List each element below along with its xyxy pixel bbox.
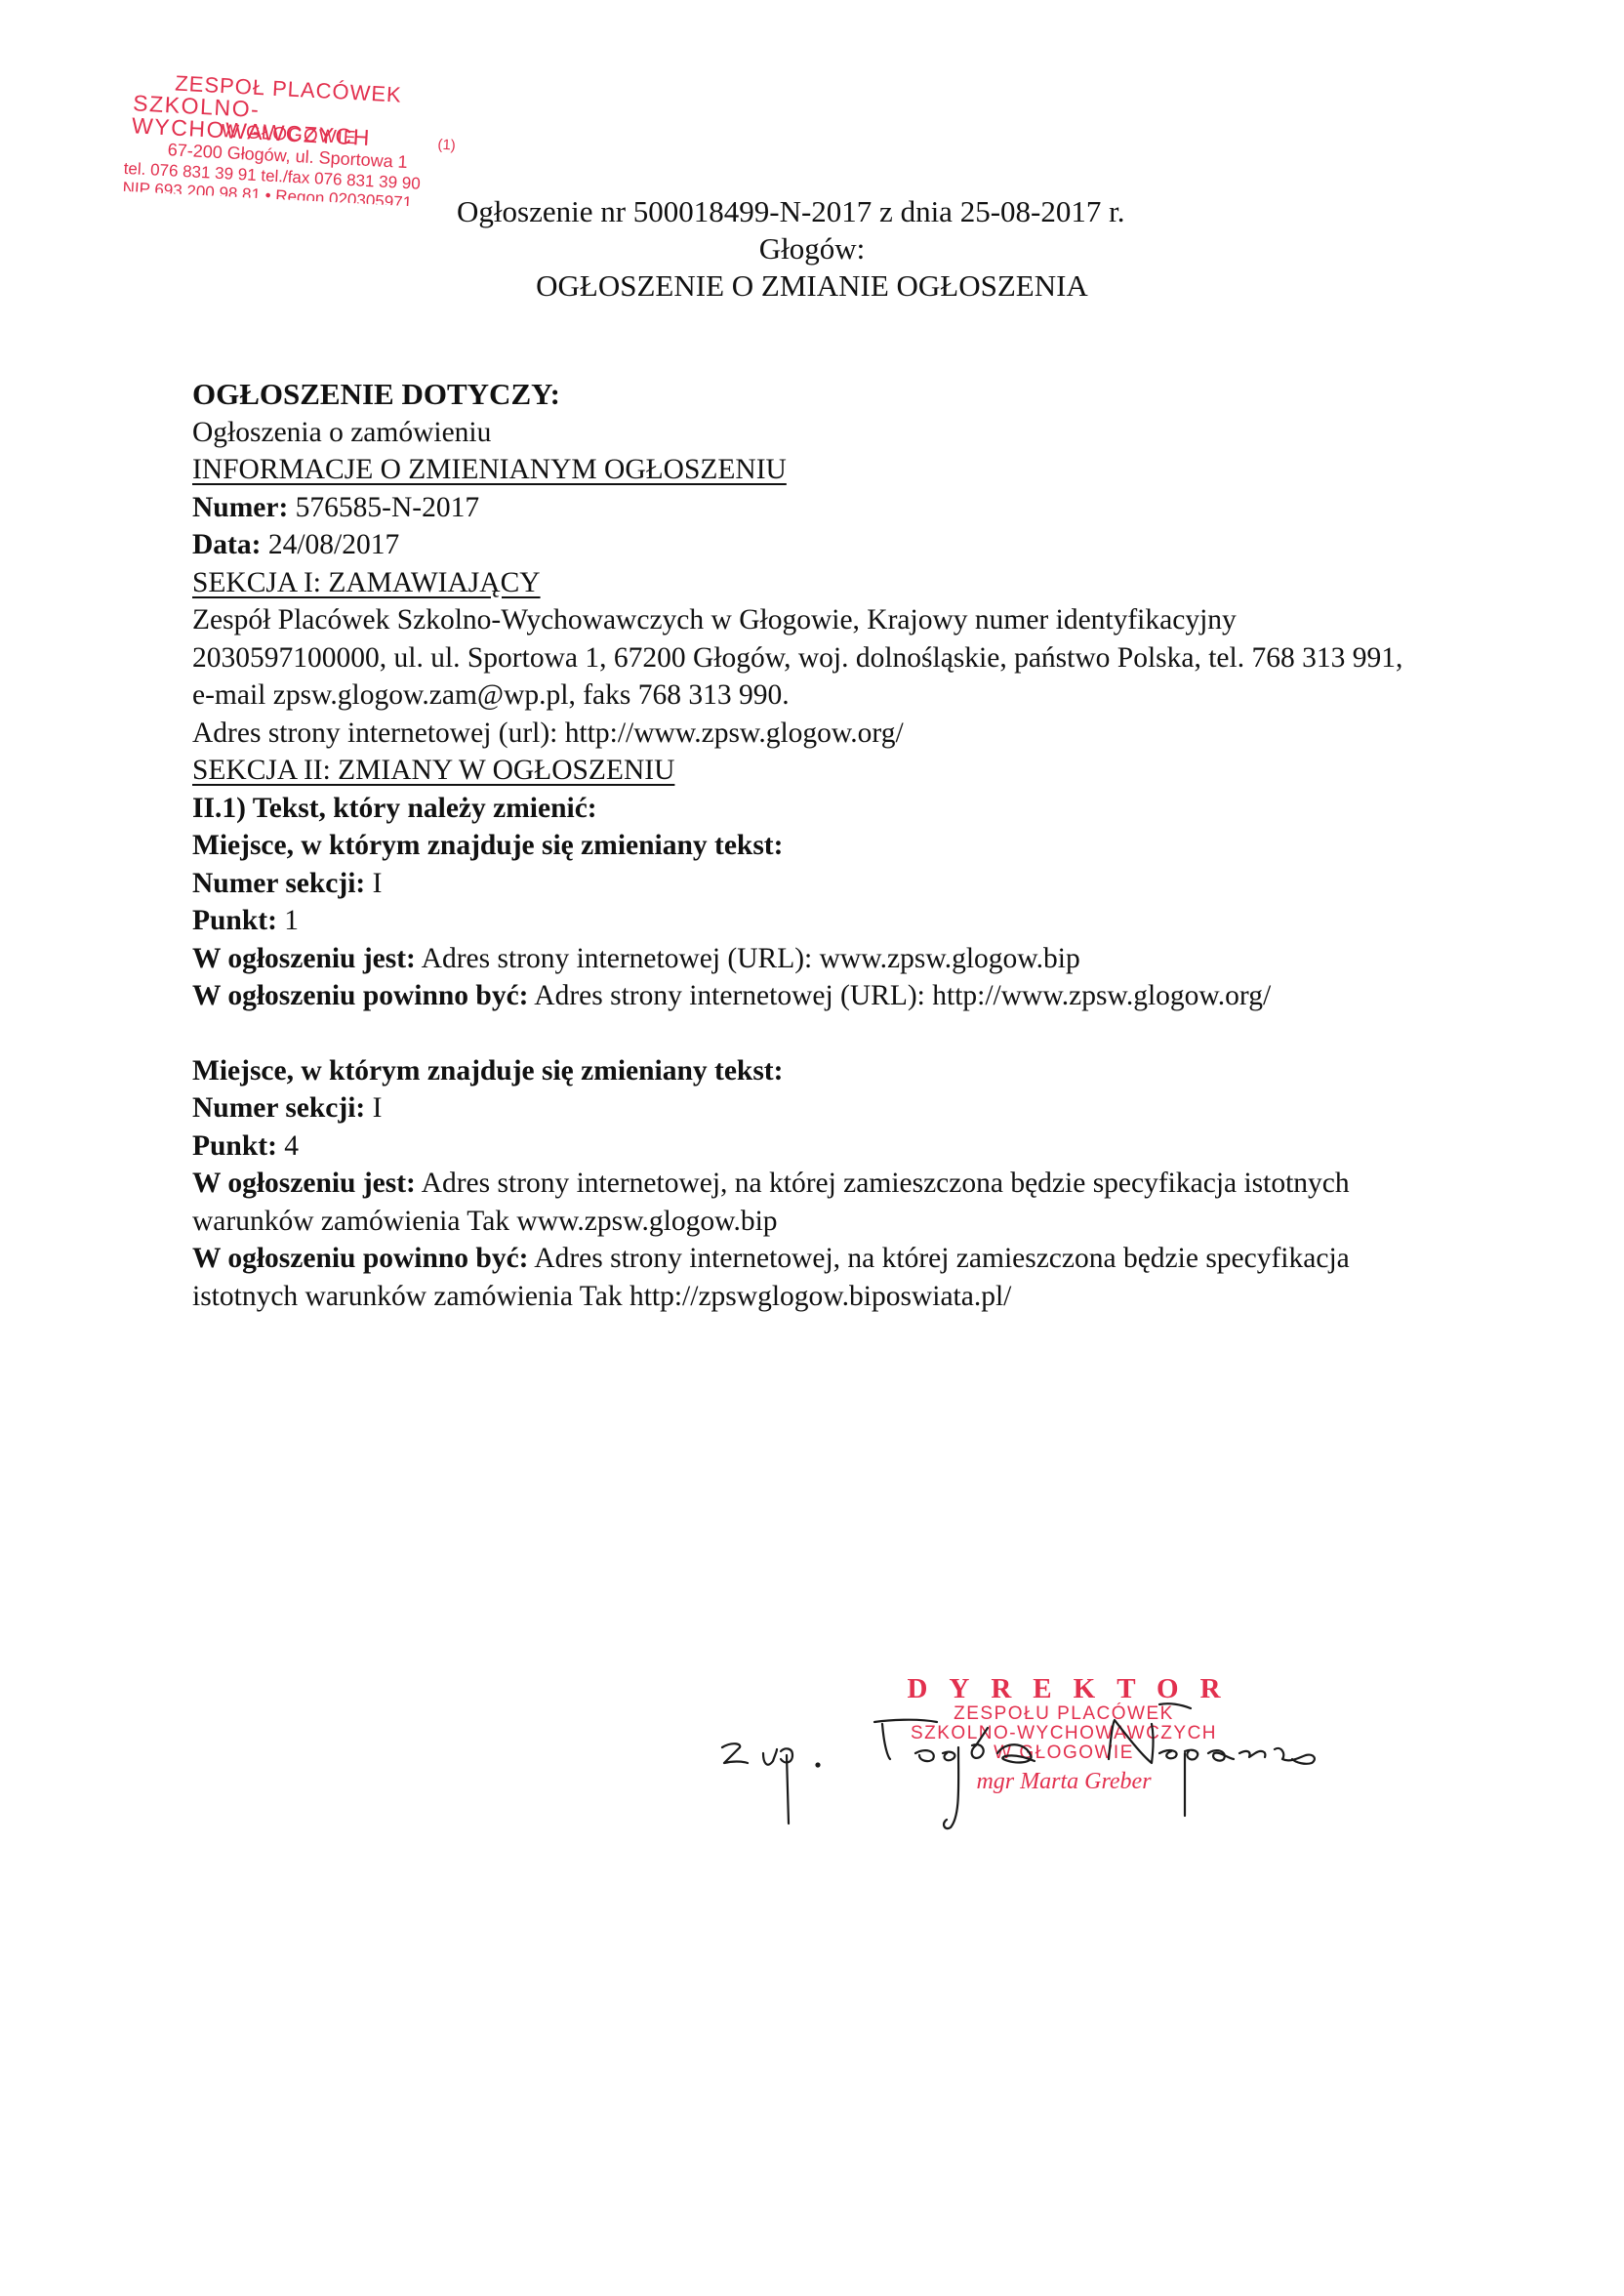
announcement-type: OGŁOSZENIE O ZMIANIE OGŁOSZENIA (0, 267, 1624, 305)
change-is: W ogłoszeniu jest: Adres strony internet… (192, 1165, 1432, 1240)
stamp-line: ZESPOŁU PLACÓWEK (878, 1704, 1249, 1724)
director-stamp: DYREKTOR ZESPOŁU PLACÓWEK SZKOLNO-WYCHOW… (878, 1673, 1249, 1796)
spacer (192, 1015, 1461, 1052)
is-label: W ogłoszeniu jest: (192, 1168, 416, 1199)
should-label: W ogłoszeniu powinno być: (192, 980, 529, 1011)
point-value: 1 (284, 905, 299, 936)
point-value: 4 (284, 1130, 299, 1162)
change-section: Numer sekcji: I (192, 865, 1461, 903)
should-value: Adres strony internetowej (URL): http://… (534, 980, 1271, 1011)
change-block: Miejsce, w którym znajduje się zmieniany… (192, 1052, 1461, 1316)
concerns-value: Ogłoszenia o zamówieniu (192, 414, 1461, 452)
city-text: Głogów: (759, 230, 866, 267)
change-point: Punkt: 1 (192, 902, 1461, 940)
doc-type-text: OGŁOSZENIE O ZMIANIE OGŁOSZENIA (536, 267, 1088, 305)
date-field: Data: 24/08/2017 (192, 526, 1461, 564)
change-place-label: Miejsce, w którym znajduje się zmieniany… (192, 1052, 1461, 1090)
change-should: W ogłoszeniu powinno być: Adres strony i… (192, 1240, 1432, 1315)
date-label: Data: (192, 529, 261, 560)
section2-heading: SEKCJA II: ZMIANY W OGŁOSZENIU (192, 752, 1461, 790)
stamp-line: W GŁOGOWIE (878, 1743, 1249, 1763)
change-point: Punkt: 4 (192, 1127, 1461, 1166)
should-label: W ogłoszeniu powinno być: (192, 1243, 529, 1274)
director-name: mgr Marta Greber (878, 1767, 1249, 1796)
date-value: 24/08/2017 (268, 529, 399, 560)
change-block: Miejsce, w którym znajduje się zmieniany… (192, 827, 1461, 1015)
concerns-heading: OGŁOSZENIE DOTYCZY: (192, 376, 1461, 414)
section1-heading: SEKCJA I: ZAMAWIAJĄCY (192, 564, 1461, 602)
stamp-note: (1) (437, 138, 456, 153)
contracting-authority: Zespół Placówek Szkolno-Wychowawczych w … (192, 601, 1432, 715)
point-label: Punkt: (192, 905, 277, 936)
number-field: Numer: 576585-N-2017 (192, 489, 1461, 527)
change-section: Numer sekcji: I (192, 1089, 1461, 1127)
website-line: Adres strony internetowej (url): http://… (192, 715, 1461, 753)
director-title: DYREKTOR (900, 1673, 1249, 1704)
announcement-city: Głogów: (0, 230, 1624, 267)
is-label: W ogłoszeniu jest: (192, 943, 416, 974)
section-label: Numer sekcji: (192, 1092, 365, 1124)
number-value: 576585-N-2017 (296, 492, 479, 523)
is-value: Adres strony internetowej (URL): www.zps… (422, 943, 1080, 974)
info-heading: INFORMACJE O ZMIENIANYM OGŁOSZENIU (192, 451, 1461, 489)
point-label: Punkt: (192, 1130, 277, 1162)
ii1-heading: II.1) Tekst, który należy zmienić: (192, 790, 1461, 828)
institution-stamp: ZESPOŁ PLACÓWEK SZKOLNO-WYCHOWAWCZYCH W … (129, 70, 499, 90)
change-place-label: Miejsce, w którym znajduje się zmieniany… (192, 827, 1461, 865)
section-value: I (373, 868, 383, 899)
change-should: W ogłoszeniu powinno być: Adres strony i… (192, 977, 1432, 1015)
stamp-line: SZKOLNO-WYCHOWAWCZYCH (878, 1724, 1249, 1743)
document-body: OGŁOSZENIE DOTYCZY: Ogłoszenia o zamówie… (192, 376, 1461, 1315)
section-label: Numer sekcji: (192, 868, 365, 899)
section-value: I (373, 1092, 383, 1124)
change-is: W ogłoszeniu jest: Adres strony internet… (192, 940, 1432, 978)
announcement-title: Ogłoszenie nr 500018499-N-2017 z dnia 25… (457, 193, 1124, 230)
number-label: Numer: (192, 492, 288, 523)
